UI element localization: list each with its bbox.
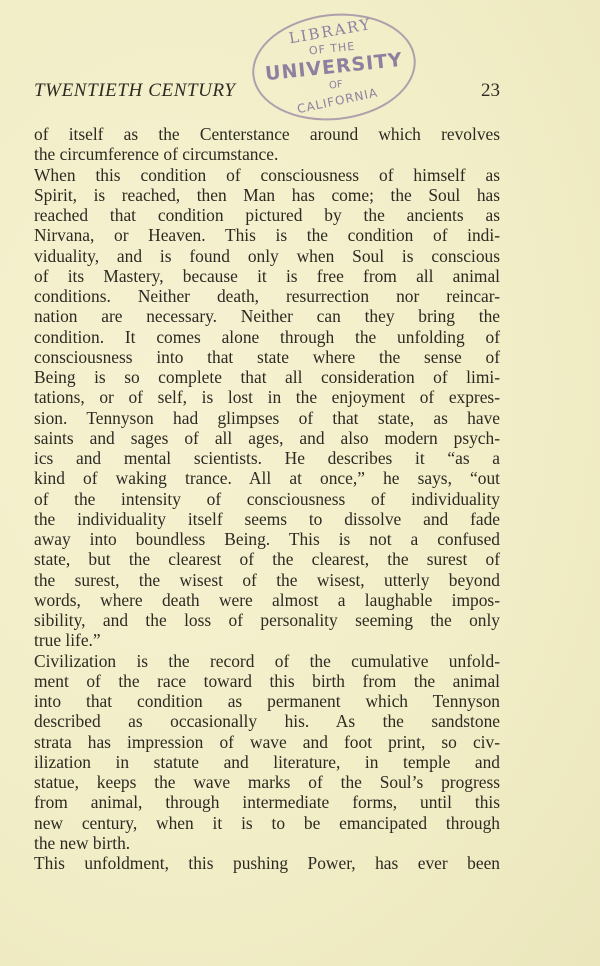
text-line: consciousness into that state where the … bbox=[34, 347, 500, 367]
text-line: nation are necessary. Neither can they b… bbox=[34, 306, 500, 326]
text-line: saints and sages of all ages, and also m… bbox=[34, 428, 500, 448]
text-line: state, but the clearest of the clearest,… bbox=[34, 549, 500, 569]
text-line: condition. It comes alone through the un… bbox=[34, 327, 500, 347]
running-header: TWENTIETH CENTURY 23 bbox=[34, 80, 500, 104]
text-line: conditions. Neither death, resurrection … bbox=[34, 286, 500, 306]
text-line: true life.” bbox=[34, 630, 500, 650]
text-line: Spirit, is reached, then Man has come; t… bbox=[34, 185, 500, 205]
text-line: of itself as the Centerstance around whi… bbox=[34, 124, 500, 144]
library-stamp: LIBRARY OF THE UNIVERSITY OF CALIFORNIA bbox=[247, 6, 421, 129]
text-line: ilization in statute and literature, in … bbox=[34, 752, 500, 772]
text-line: from animal, through intermediate forms,… bbox=[34, 792, 500, 812]
book-page: LIBRARY OF THE UNIVERSITY OF CALIFORNIA … bbox=[0, 0, 600, 966]
text-line: When this condition of consciousness of … bbox=[34, 165, 500, 185]
text-line: Being is so complete that all considerat… bbox=[34, 367, 500, 387]
body-text: of itself as the Centerstance around whi… bbox=[34, 124, 500, 873]
text-line: sibility, and the loss of personality se… bbox=[34, 610, 500, 630]
text-line: statue, keeps the wave marks of the Soul… bbox=[34, 772, 500, 792]
text-line: the circumference of circumstance. bbox=[34, 144, 500, 164]
running-title: TWENTIETH CENTURY bbox=[34, 80, 235, 102]
text-line: of the intensity of consciousness of ind… bbox=[34, 489, 500, 509]
text-line: of its Mastery, because it is free from … bbox=[34, 266, 500, 286]
text-line: the individuality itself seems to dissol… bbox=[34, 509, 500, 529]
text-line: kind of waking trance. All at once,” he … bbox=[34, 468, 500, 488]
text-line: sion. Tennyson had glimpses of that stat… bbox=[34, 408, 500, 428]
text-line: described as occasionally his. As the sa… bbox=[34, 711, 500, 731]
text-line: into that condition as permanent which T… bbox=[34, 691, 500, 711]
text-line: away into boundless Being. This is not a… bbox=[34, 529, 500, 549]
text-line: This unfoldment, this pushing Power, has… bbox=[34, 853, 500, 873]
text-line: words, where death were almost a laughab… bbox=[34, 590, 500, 610]
text-line: tations, or of self, is lost in the enjo… bbox=[34, 387, 500, 407]
text-line: ics and mental scientists. He describes … bbox=[34, 448, 500, 468]
page-number: 23 bbox=[481, 80, 500, 102]
text-line: viduality, and is found only when Soul i… bbox=[34, 246, 500, 266]
text-line: Civilization is the record of the cumula… bbox=[34, 651, 500, 671]
text-line: reached that condition pictured by the a… bbox=[34, 205, 500, 225]
text-line: the surest, the wisest of the wisest, ut… bbox=[34, 570, 500, 590]
text-line: Nirvana, or Heaven. This is the conditio… bbox=[34, 225, 500, 245]
text-line: the new birth. bbox=[34, 833, 500, 853]
text-line: ment of the race toward this birth from … bbox=[34, 671, 500, 691]
text-line: strata has impression of wave and foot p… bbox=[34, 732, 500, 752]
text-line: new century, when it is to be emancipate… bbox=[34, 813, 500, 833]
